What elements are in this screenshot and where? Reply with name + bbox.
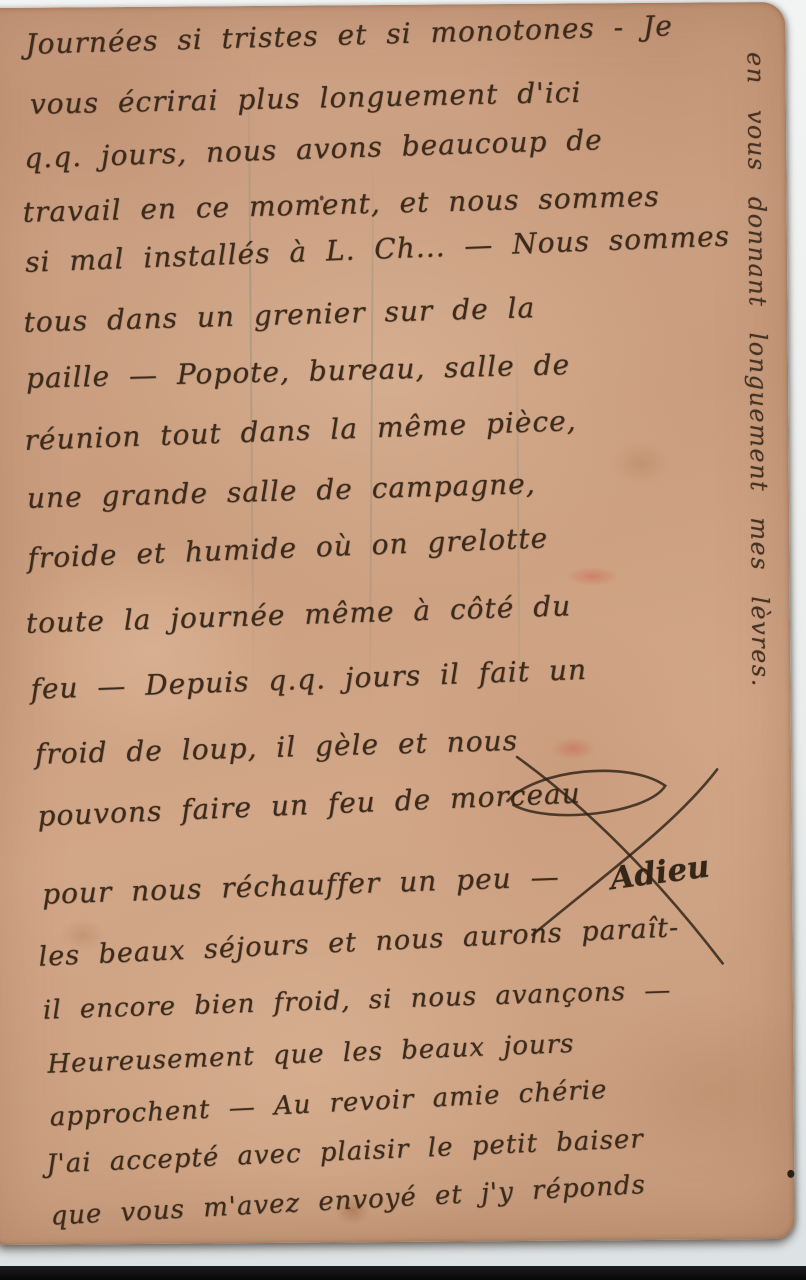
handwritten-line: froide et humide où on grelotte <box>27 521 549 574</box>
strikethrough-x-mark <box>479 737 761 979</box>
paper-stain <box>601 433 681 494</box>
handwritten-line: si mal installés à L. Ch... — Nous somme… <box>25 219 731 278</box>
handwritten-line: réunion tout dans la même pièce, <box>24 404 577 457</box>
handwritten-line: une grande salle de campagne, <box>27 467 537 515</box>
red-ink-smudge <box>558 563 628 590</box>
handwritten-line: tous dans un grenier sur de la <box>23 291 536 339</box>
postcard: Journées si tristes et si monotones - Je… <box>0 2 795 1245</box>
handwritten-line: paille — Popote, bureau, salle de <box>26 348 571 395</box>
scan-background: Journées si tristes et si monotones - Je… <box>0 0 806 1280</box>
handwritten-line: vous écrirai plus longuement d'ici <box>30 76 582 121</box>
handwritten-line: toute la journée même à côté du <box>25 589 571 640</box>
ink-speck <box>787 1170 794 1178</box>
handwritten-line: Heureusement que les beaux jours <box>47 1029 575 1080</box>
handwritten-line: feu — Depuis q.q. jours il fait un <box>30 653 588 706</box>
scanner-bar <box>0 1266 806 1280</box>
handwritten-line: Journées si tristes et si monotones - Je <box>25 9 673 61</box>
handwritten-line: froid de loup, il gèle et nous <box>35 724 519 771</box>
handwritten-line: il encore bien froid, si nous avançons — <box>43 975 672 1025</box>
handwritten-line: travail en ce moment, et nous sommes <box>22 180 660 229</box>
handwritten-line: approchent — Au revoir amie chérie <box>49 1075 608 1133</box>
handwritten-line: q.q. jours, nous avons beaucoup de <box>24 123 603 175</box>
handwritten-line: J'ai accepté avec plaisir le petit baise… <box>46 1124 645 1180</box>
margin-note: en vous donnant longuement mes lèvres. <box>742 52 776 852</box>
